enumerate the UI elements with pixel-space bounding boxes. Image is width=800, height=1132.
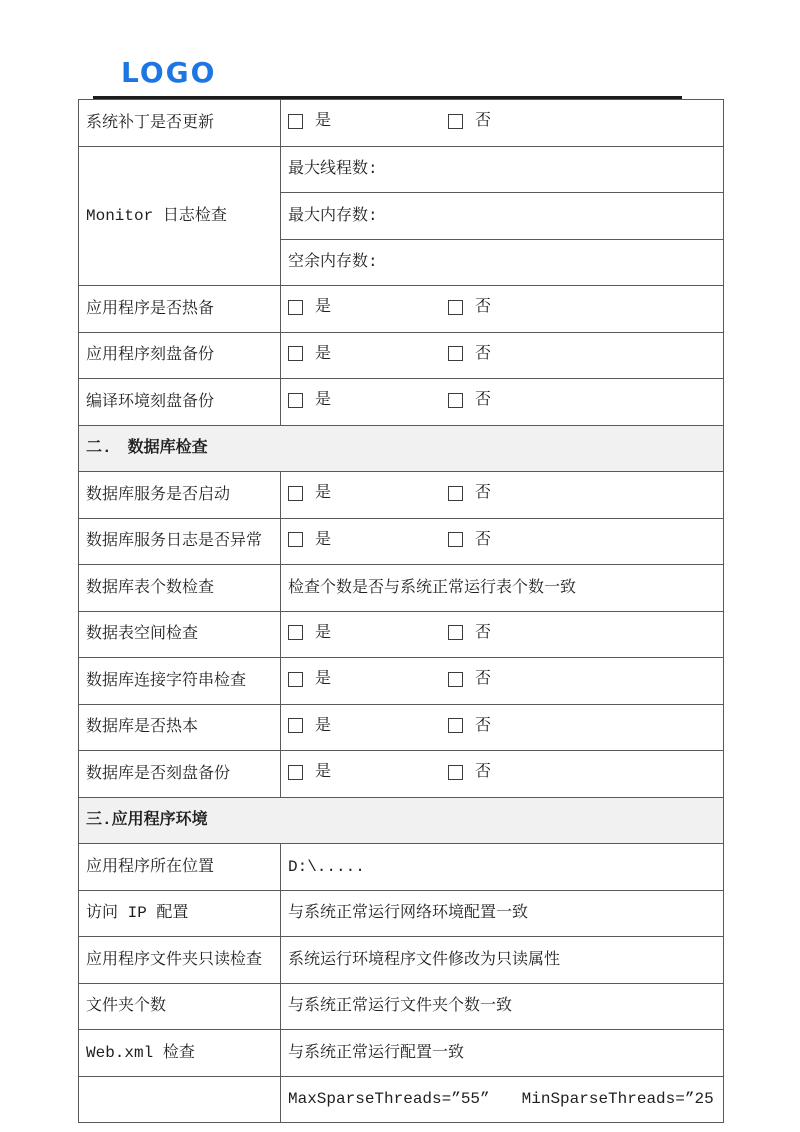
checkbox-yes-label: 是 [315,623,331,643]
row-checkbox-cell: 是否 [281,100,724,147]
checkbox-no-icon[interactable] [448,672,463,687]
check-row: 系统补丁是否更新是否 [79,100,724,147]
check-row: 数据库服务日志是否异常是否 [79,518,724,565]
checkbox-yes[interactable]: 是 [288,669,448,689]
row-label [79,1076,281,1123]
checkbox-no-icon[interactable] [448,532,463,547]
row-label: 数据库是否刻盘备份 [79,751,281,798]
row-label: 数据库连接字符串检查 [79,658,281,705]
value-row: Web.xml 检查与系统正常运行配置一致 [79,1030,724,1077]
row-label: 应用程序所在位置 [79,844,281,891]
checkbox-yes-icon[interactable] [288,765,303,780]
checkbox-yes-label: 是 [315,390,331,410]
checkbox-no[interactable]: 否 [448,483,491,503]
checklist-table-body: 系统补丁是否更新是否Monitor 日志检查最大线程数:最大内存数:空余内存数:… [79,100,724,1123]
row-value: D:\..... [281,844,724,891]
row-value: 与系统正常运行文件夹个数一致 [281,983,724,1030]
row-value: MaxSparseThreads=”55” MinSparseThreads=”… [281,1076,724,1123]
checkbox-no-label: 否 [475,762,491,782]
row-label: 数据库表个数检查 [79,565,281,612]
check-row: 应用程序是否热备是否 [79,286,724,333]
row-label: 数据库是否热本 [79,704,281,751]
row-value: 系统运行环境程序文件修改为只读属性 [281,937,724,984]
metric-value: 最大内存数: [281,193,724,240]
checkbox-no-label: 否 [475,390,491,410]
logo-text: LOGO [121,58,216,88]
row-checkbox-cell: 是否 [281,472,724,519]
checkbox-no-label: 否 [475,623,491,643]
checkbox-yes[interactable]: 是 [288,623,448,643]
checkbox-yes[interactable]: 是 [288,297,448,317]
row-value: 与系统正常运行网络环境配置一致 [281,890,724,937]
row-label: 访问 IP 配置 [79,890,281,937]
metric-row: Monitor 日志检查最大线程数: [79,146,724,193]
checkbox-yes-icon[interactable] [288,486,303,501]
checkbox-yes[interactable]: 是 [288,483,448,503]
row-checkbox-cell: 是否 [281,379,724,426]
checkbox-yes[interactable]: 是 [288,716,448,736]
checklist-table: 系统补丁是否更新是否Monitor 日志检查最大线程数:最大内存数:空余内存数:… [78,99,724,1123]
checkbox-no[interactable]: 否 [448,111,491,131]
row-checkbox-cell: 是否 [281,751,724,798]
checkbox-no[interactable]: 否 [448,762,491,782]
row-checkbox-cell: 是否 [281,286,724,333]
value-row: 应用程序文件夹只读检查系统运行环境程序文件修改为只读属性 [79,937,724,984]
checkbox-yes-label: 是 [315,669,331,689]
checkbox-no-label: 否 [475,530,491,550]
value-row: 应用程序所在位置D:\..... [79,844,724,891]
row-label: 数据库服务是否启动 [79,472,281,519]
checkbox-no-label: 否 [475,669,491,689]
document-page: LOGO 系统补丁是否更新是否Monitor 日志检查最大线程数:最大内存数:空… [0,0,800,1132]
checkbox-yes[interactable]: 是 [288,111,448,131]
row-checkbox-cell: 是否 [281,704,724,751]
checkbox-yes-icon[interactable] [288,532,303,547]
check-row: 编译环境刻盘备份是否 [79,379,724,426]
row-value: 检查个数是否与系统正常运行表个数一致 [281,565,724,612]
checkbox-no-icon[interactable] [448,346,463,361]
checkbox-yes-label: 是 [315,483,331,503]
section-header: 二. 数据库检查 [79,425,724,472]
checkbox-yes-icon[interactable] [288,346,303,361]
checkbox-yes-icon[interactable] [288,300,303,315]
checkbox-no-icon[interactable] [448,300,463,315]
checkbox-no-icon[interactable] [448,625,463,640]
check-row: 数据表空间检查是否 [79,611,724,658]
row-label: 系统补丁是否更新 [79,100,281,147]
checkbox-no[interactable]: 否 [448,530,491,550]
checkbox-yes[interactable]: 是 [288,530,448,550]
checkbox-yes-label: 是 [315,716,331,736]
checkbox-yes-icon[interactable] [288,393,303,408]
row-label: 应用程序刻盘备份 [79,332,281,379]
checkbox-yes-label: 是 [315,297,331,317]
checkbox-yes-label: 是 [315,762,331,782]
row-checkbox-cell: 是否 [281,518,724,565]
checkbox-no-label: 否 [475,483,491,503]
section-row: 二. 数据库检查 [79,425,724,472]
checkbox-no[interactable]: 否 [448,623,491,643]
metric-value: 最大线程数: [281,146,724,193]
check-row: 数据库服务是否启动是否 [79,472,724,519]
check-row: 数据库连接字符串检查是否 [79,658,724,705]
checkbox-yes[interactable]: 是 [288,390,448,410]
checkbox-no[interactable]: 否 [448,716,491,736]
checkbox-no-label: 否 [475,344,491,364]
check-row: 数据库是否刻盘备份是否 [79,751,724,798]
row-label: 数据库服务日志是否异常 [79,518,281,565]
row-label: 应用程序文件夹只读检查 [79,937,281,984]
checkbox-no-icon[interactable] [448,765,463,780]
checkbox-yes-label: 是 [315,344,331,364]
checkbox-no-label: 否 [475,111,491,131]
checkbox-yes-label: 是 [315,530,331,550]
check-row: 应用程序刻盘备份是否 [79,332,724,379]
row-label: 编译环境刻盘备份 [79,379,281,426]
checkbox-yes[interactable]: 是 [288,762,448,782]
row-checkbox-cell: 是否 [281,611,724,658]
row-checkbox-cell: 是否 [281,658,724,705]
section-header: 三.应用程序环境 [79,797,724,844]
checkbox-no-label: 否 [475,716,491,736]
checkbox-no-label: 否 [475,297,491,317]
value-row: 访问 IP 配置与系统正常运行网络环境配置一致 [79,890,724,937]
check-row: 数据库是否热本是否 [79,704,724,751]
checkbox-no[interactable]: 否 [448,390,491,410]
checkbox-yes[interactable]: 是 [288,344,448,364]
row-label: 应用程序是否热备 [79,286,281,333]
checkbox-no[interactable]: 否 [448,669,491,689]
row-label: 数据表空间检查 [79,611,281,658]
checkbox-no-icon[interactable] [448,393,463,408]
checkbox-no-icon[interactable] [448,718,463,733]
value-row: MaxSparseThreads=”55” MinSparseThreads=”… [79,1076,724,1123]
section-row: 三.应用程序环境 [79,797,724,844]
row-label: Web.xml 检查 [79,1030,281,1077]
metric-value: 空余内存数: [281,239,724,286]
row-value: 与系统正常运行配置一致 [281,1030,724,1077]
checkbox-yes-icon[interactable] [288,672,303,687]
row-label: 文件夹个数 [79,983,281,1030]
checkbox-no-icon[interactable] [448,114,463,129]
checkbox-no[interactable]: 否 [448,297,491,317]
checkbox-yes-icon[interactable] [288,718,303,733]
checkbox-no[interactable]: 否 [448,344,491,364]
checkbox-yes-icon[interactable] [288,625,303,640]
checkbox-yes-icon[interactable] [288,114,303,129]
checkbox-yes-label: 是 [315,111,331,131]
row-label: Monitor 日志检查 [79,146,281,286]
value-row: 文件夹个数与系统正常运行文件夹个数一致 [79,983,724,1030]
row-checkbox-cell: 是否 [281,332,724,379]
value-row: 数据库表个数检查检查个数是否与系统正常运行表个数一致 [79,565,724,612]
checkbox-no-icon[interactable] [448,486,463,501]
